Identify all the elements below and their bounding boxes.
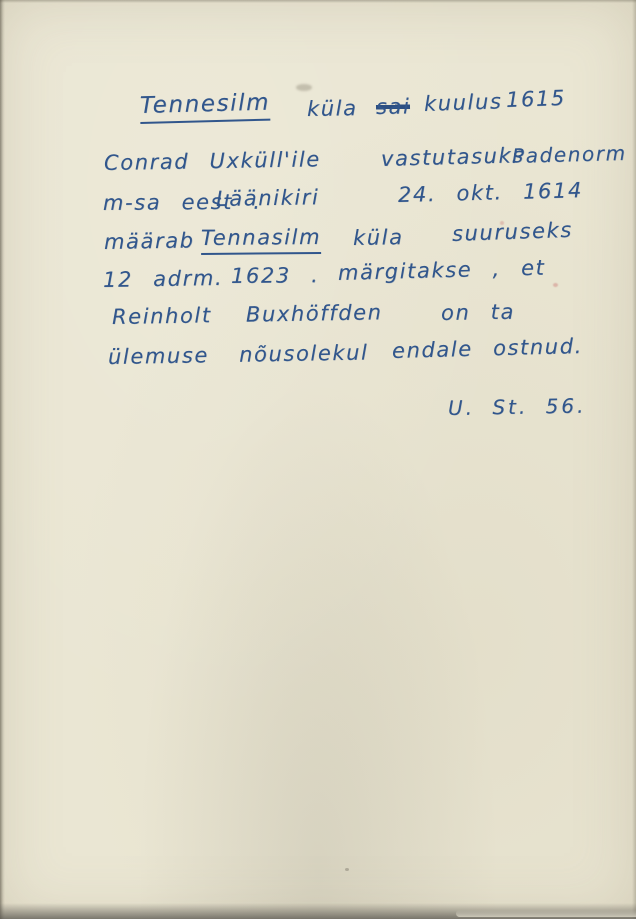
handwritten-date: 24. okt. 1614: [398, 178, 583, 207]
paper-speck: [345, 868, 349, 871]
handwritten-word: on ta: [441, 300, 515, 325]
page-edge-left: [0, 0, 5, 919]
page-edge-top: [0, 0, 636, 3]
handwritten-word: 12 adrm.: [103, 266, 224, 292]
handwritten-year: 1623 .: [231, 263, 320, 288]
handwritten-word: endale ostnud.: [392, 334, 583, 363]
paper-speck: [553, 283, 558, 287]
scanned-note-page: Tennesilm küla sai kuulus 1615 Conrad Ux…: [0, 0, 636, 919]
page-edge-sliver-bottom-right: [456, 910, 636, 917]
underlined-place-name: Tennasilm: [201, 225, 321, 255]
handwritten-word: märgitakse , et: [338, 256, 546, 285]
handwritten-year: 1615: [506, 86, 567, 112]
handwritten-word: määrab: [104, 228, 195, 254]
handwritten-word: ülemuse nõusolekul: [108, 340, 369, 369]
handwritten-place: Padenorm: [512, 141, 627, 168]
handwritten-word: vastutasuks: [381, 143, 525, 171]
handwritten-word: suuruseks: [452, 218, 574, 246]
handwritten-word: Läänikiri: [216, 185, 320, 211]
handwritten-word: kuulus: [424, 89, 503, 116]
handwritten-name: Reinholt Buxhöffden: [112, 300, 383, 329]
page-edge-right: [632, 0, 636, 919]
crossed-out-word: sai: [376, 94, 411, 119]
heading-place-name: Tennesilm: [140, 90, 271, 124]
handwritten-word: küla: [307, 96, 358, 121]
handwritten-word: küla: [353, 225, 404, 250]
paper-smudge: [296, 84, 312, 91]
source-citation: U. St. 56.: [448, 394, 587, 420]
handwritten-name: Conrad Uxküll'ile: [104, 147, 321, 175]
